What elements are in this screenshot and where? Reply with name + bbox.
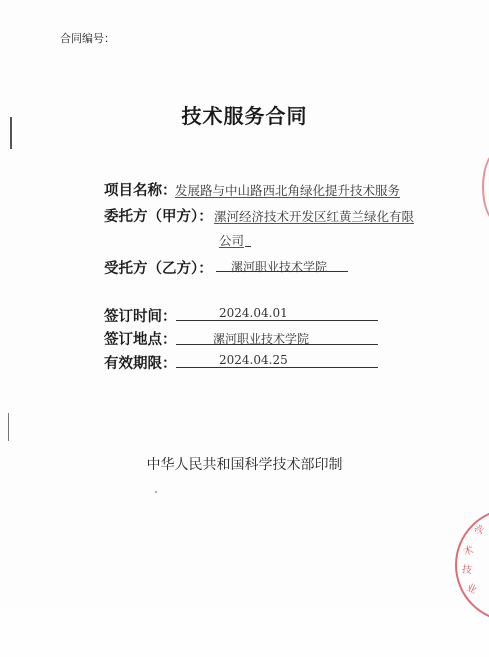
scan-speck	[155, 491, 157, 493]
party-a-underline-tail	[245, 246, 251, 247]
signing-time-label: 签订时间：	[104, 305, 177, 326]
seal-char-3: 技	[461, 561, 472, 577]
printer-credit: 中华人民共和国科学技术部印制	[0, 454, 489, 474]
party-b-value: 漯河职业技术学院	[231, 258, 327, 275]
seal-arc-top	[482, 150, 489, 224]
signing-time-underline	[176, 320, 378, 321]
party-b-label: 受托方（乙方）：	[104, 257, 213, 278]
validity-label: 有效期限：	[104, 352, 177, 373]
scan-margin	[0, 606, 489, 657]
document-page: 合同编号： 技术服务合同 项目名称： 发展路与中山路西北角绿化提升技术服务 委托…	[0, 0, 489, 657]
binding-mark-bottom	[8, 413, 9, 441]
signing-place-label: 签订地点：	[104, 328, 177, 349]
party-a-value-line1: 漯河经济技术开发区红黄兰绿化有限	[214, 207, 414, 225]
signing-time-value: 2024.04.01	[219, 306, 288, 320]
project-name-value: 发展路与中山路西北角绿化提升技术服务	[175, 181, 400, 199]
project-name-label: 项目名称：	[104, 179, 177, 200]
validity-underline	[176, 367, 378, 368]
party-a-label: 委托方（甲方）：	[104, 205, 213, 226]
validity-value: 2024.04.25	[219, 353, 288, 367]
page-title: 技术服务合同	[0, 100, 489, 129]
contract-number-label: 合同编号：	[60, 30, 115, 46]
signing-place-value: 漯河职业技术学院	[213, 330, 309, 347]
party-a-value-line2: 公司	[219, 231, 244, 249]
